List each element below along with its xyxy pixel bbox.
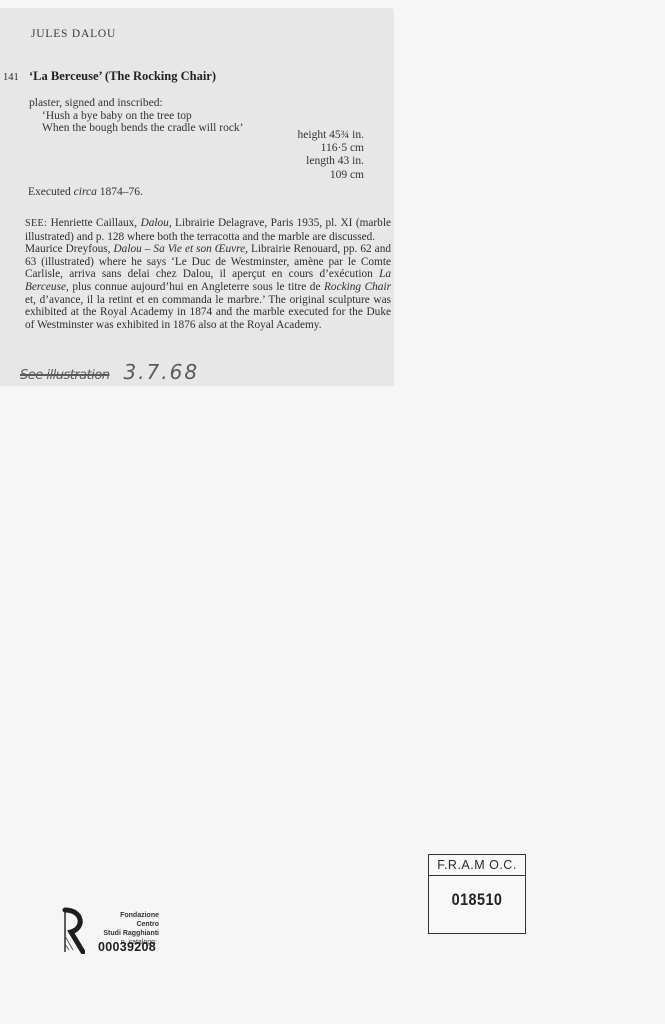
dimensions: height 45¾ in. 116·5 cm length 43 in. 10… <box>298 129 364 182</box>
executed-circa: circa <box>74 186 97 198</box>
title-translation: (The Rocking Chair) <box>105 69 216 83</box>
ref2-text-d: et, d’avance, il la retint et en command… <box>25 294 391 331</box>
reference-dreyfous: Maurice Dreyfous, Dalou – Sa Vie et son … <box>25 243 391 331</box>
struck-see-illustration: See illustration <box>20 368 110 383</box>
reference-caillaux: SEE: Henriette Caillaux, Dalou, Librairi… <box>25 217 391 243</box>
catalogue-card: JULES DALOU 141 ‘La Berceuse’ (The Rocki… <box>0 8 394 386</box>
medium-text: plaster, signed and inscribed: <box>29 97 163 109</box>
handwritten-date: 3.7.68 <box>123 360 199 384</box>
ref2-book-title: Dalou – Sa Vie et son Œuvre <box>114 243 246 255</box>
ragghianti-logo-icon <box>61 906 85 954</box>
artwork-title: ‘La Berceuse’ (The Rocking Chair) <box>29 69 216 84</box>
title-main: ‘La Berceuse’ <box>29 69 102 83</box>
framoc-stamp: F.R.A.M O.C. 018510 <box>428 854 526 934</box>
foundation-name-line1: Fondazione Centro <box>97 911 159 929</box>
ref2-text-a: Maurice Dreyfous, <box>25 243 114 255</box>
foundation-name-line2: Studi Ragghianti <box>97 929 159 938</box>
framoc-number: 018510 <box>436 890 518 910</box>
ref2-italic-rocking-chair: Rocking Chair <box>324 281 391 293</box>
length-cm: 109 cm <box>298 169 364 182</box>
ref1-text-a: Henriette Caillaux, <box>47 217 140 229</box>
artist-name: JULES DALOU <box>31 28 116 40</box>
references: SEE: Henriette Caillaux, Dalou, Librairi… <box>25 217 391 331</box>
ragghianti-stamp: Fondazione Centro Studi Ragghianti n. ca… <box>57 903 177 958</box>
height-cm: 116·5 cm <box>298 142 364 155</box>
inscription-line-2: When the bough bends the cradle will roc… <box>29 122 244 135</box>
inscription-line-1: ‘Hush a bye baby on the tree top <box>29 110 244 123</box>
ref2-text-c: , plus connue aujourd’hui en Angleterre … <box>66 281 324 293</box>
framoc-header: F.R.A.M O.C. <box>429 855 525 876</box>
height-inches: height 45¾ in. <box>298 129 364 142</box>
executed-prefix: Executed <box>28 186 74 198</box>
executed-dates: 1874–76. <box>97 186 143 198</box>
ref1-book-title: Dalou <box>141 217 169 229</box>
see-label: SEE: <box>25 218 47 229</box>
length-inches: length 43 in. <box>298 155 364 168</box>
execution-date: Executed circa 1874–76. <box>28 186 143 198</box>
medium-description: plaster, signed and inscribed: ‘Hush a b… <box>29 97 244 135</box>
catalogue-number: 141 <box>3 72 19 83</box>
ragghianti-catalogue-number: 00039208 <box>98 940 156 954</box>
handwritten-annotation: See illustration 3.7.68 <box>20 360 199 384</box>
